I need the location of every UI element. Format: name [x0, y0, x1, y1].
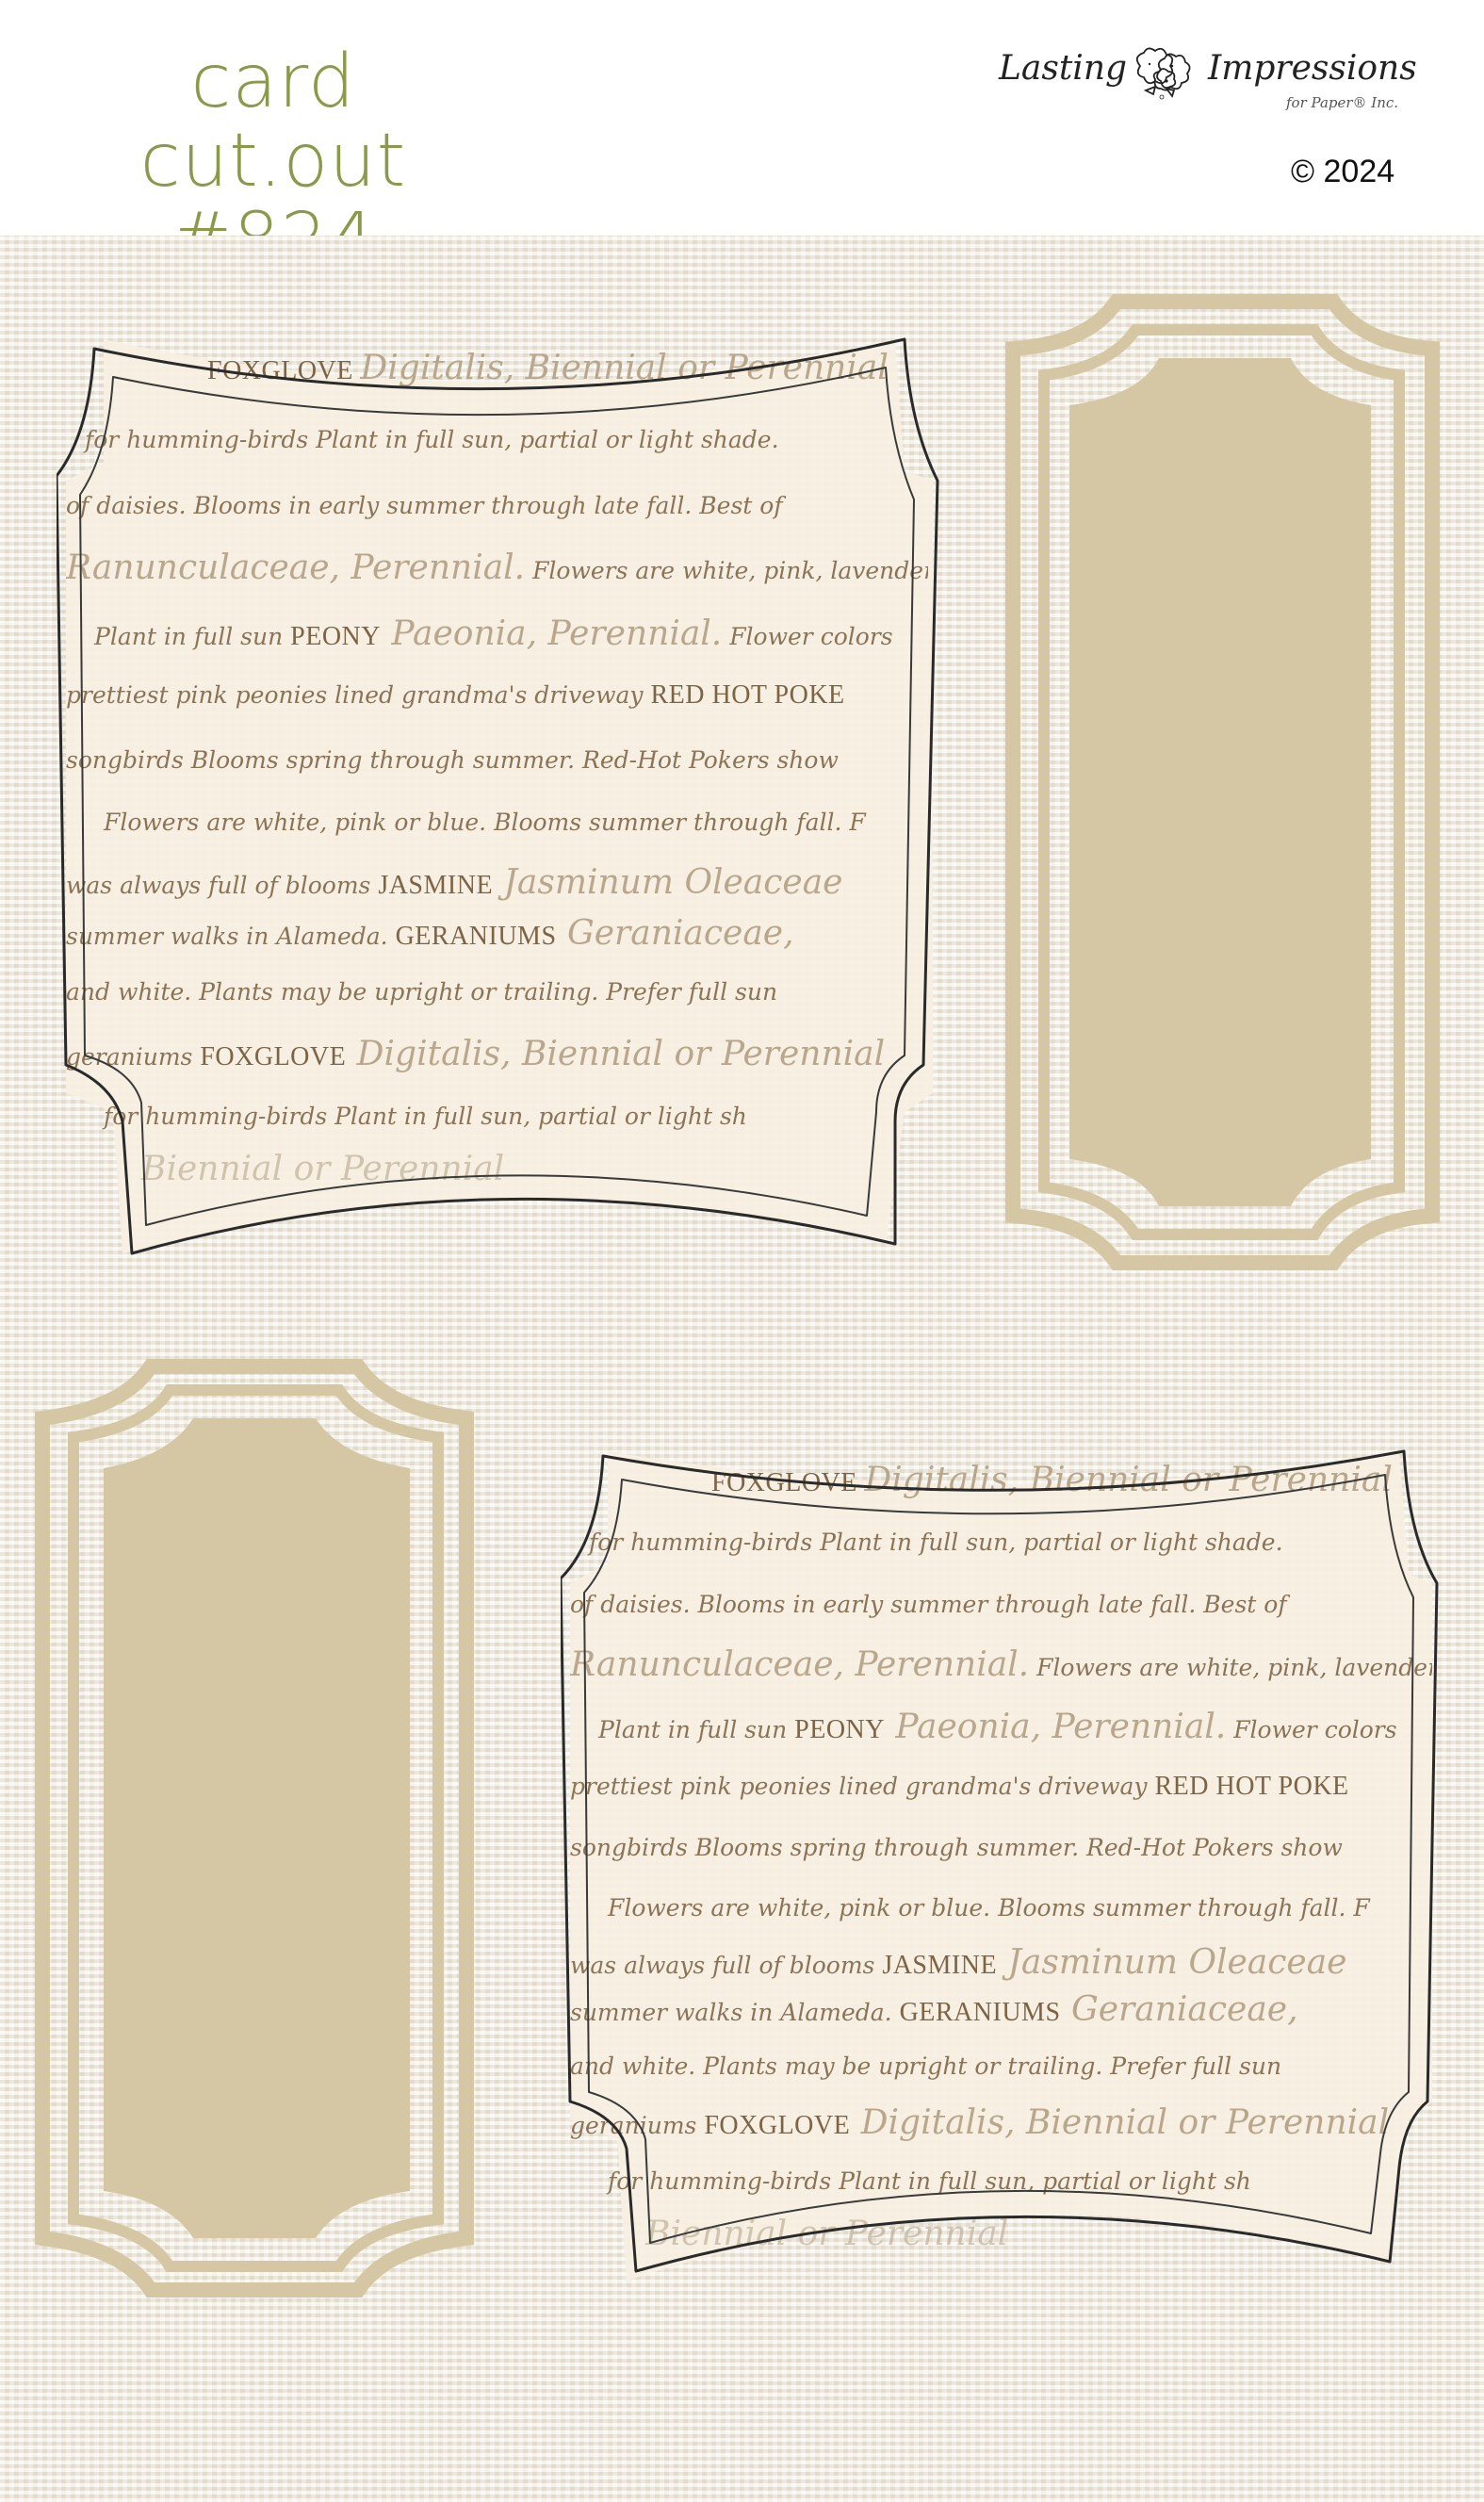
script-card-bottom-right[interactable]: FOXGLOVE Digitalis, Biennial or Perennia… [561, 1442, 1446, 2384]
tan-tag-bottom-left[interactable] [28, 1357, 481, 2299]
flower-logo-icon [1127, 45, 1195, 100]
header: card cut.out #824 Lasting Impressions fo… [0, 0, 1484, 236]
brand-subtitle: for Paper® Inc. [1286, 94, 1398, 111]
title-line-1: card [47, 42, 499, 122]
pencil-frame-outline [561, 1442, 1446, 2384]
pencil-frame-outline [57, 320, 942, 1263]
tan-tag-top-right[interactable] [999, 292, 1442, 1272]
brand-word-impressions: Impressions [1208, 49, 1417, 88]
script-card-top-left[interactable]: FOXGLOVE Digitalis, Biennial or Perennia… [57, 320, 942, 1263]
brand-word-lasting: Lasting [999, 49, 1127, 88]
brand-logo: Lasting Impressions for Paper® Inc. [999, 49, 1432, 124]
copyright-text: © 2024 [1291, 154, 1394, 190]
tag-shape [999, 292, 1442, 1272]
tag-shape [28, 1357, 481, 2299]
